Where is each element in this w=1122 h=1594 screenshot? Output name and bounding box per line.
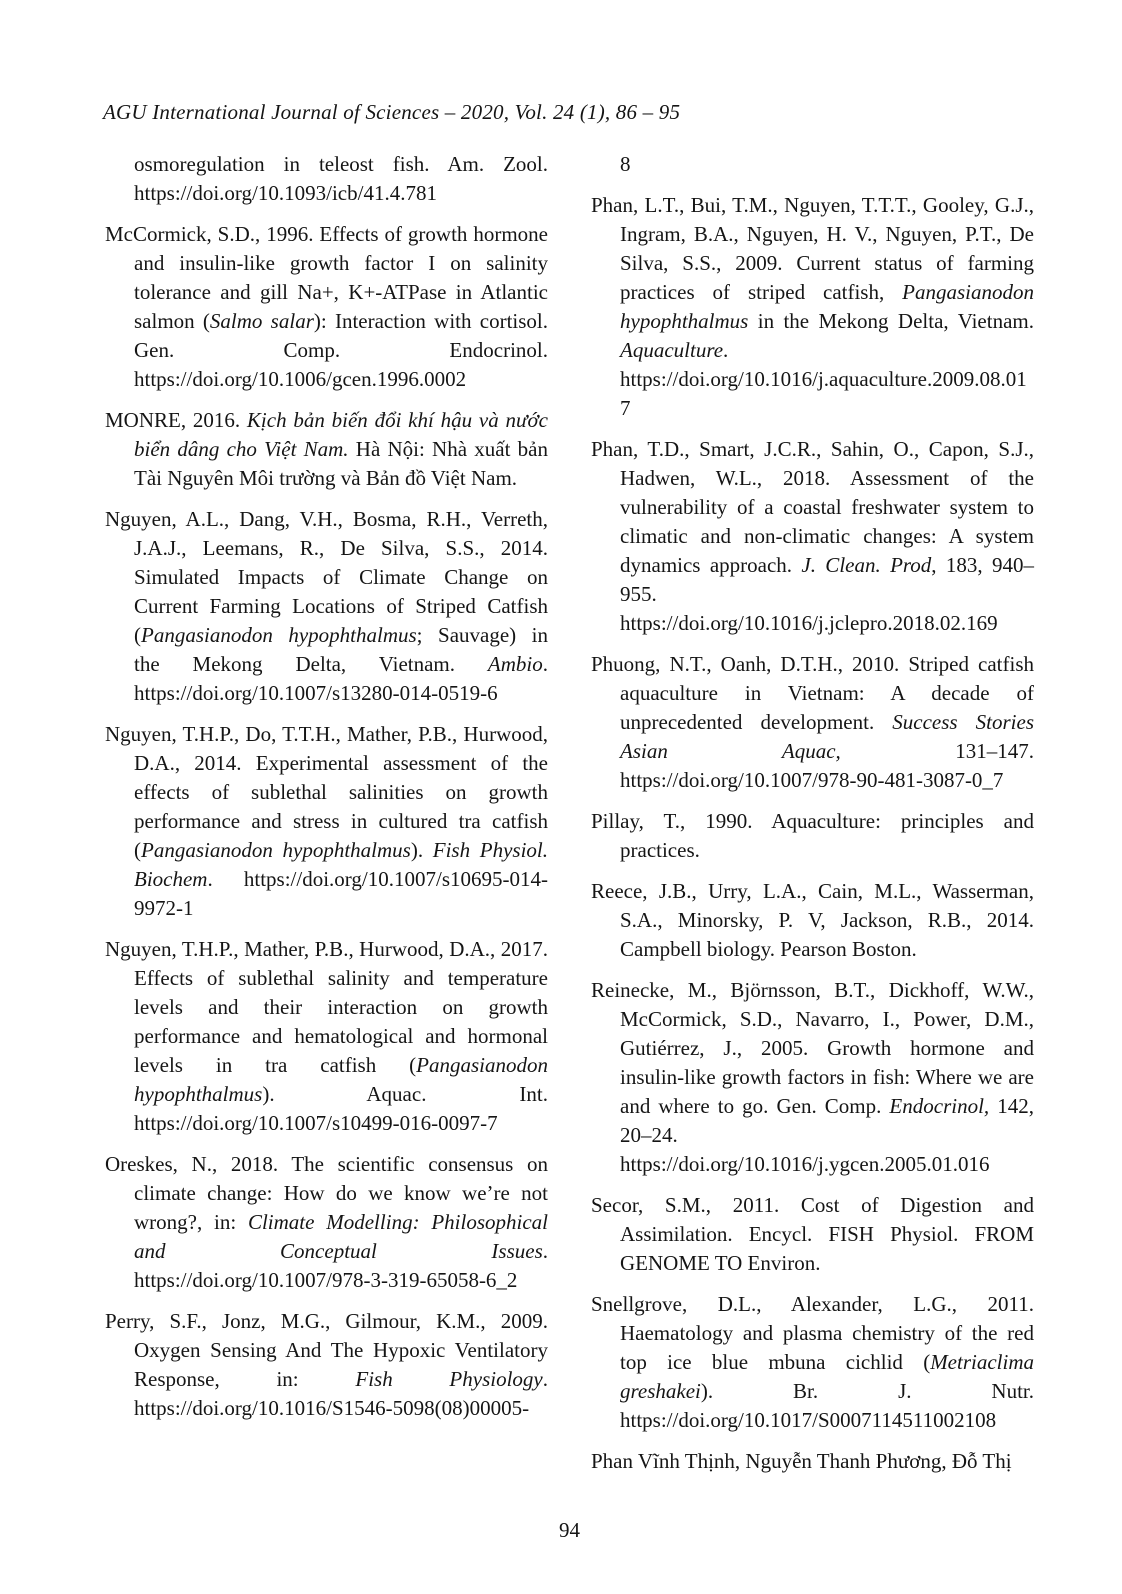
italic-text-segment: J. Clean. Prod	[801, 553, 931, 577]
reference-entry: Nguyen, A.L., Dang, V.H., Bosma, R.H., V…	[105, 505, 548, 708]
italic-text-segment: Endocrinol,	[889, 1094, 989, 1118]
reference-entry: Phan Vĩnh Thịnh, Nguyễn Thanh Phương, Đỗ…	[591, 1447, 1034, 1476]
references-left-column: osmoregulation in teleost fish. Am. Zool…	[105, 150, 548, 1488]
text-segment: Reece, J.B., Urry, L.A., Cain, M.L., Was…	[591, 879, 1034, 961]
reference-entry: McCormick, S.D., 1996. Effects of growth…	[105, 220, 548, 394]
italic-text-segment: Pangasianodon hypophthalmus	[141, 838, 411, 862]
page-number: 94	[105, 1518, 1034, 1543]
reference-entry: Reece, J.B., Urry, L.A., Cain, M.L., Was…	[591, 877, 1034, 964]
text-segment: osmoregulation in teleost fish. Am. Zool…	[134, 152, 548, 205]
text-segment: Secor, S.M., 2011. Cost of Digestion and…	[591, 1193, 1034, 1275]
reference-entry: Reinecke, M., Björnsson, B.T., Dickhoff,…	[591, 976, 1034, 1179]
reference-entry: Phan, L.T., Bui, T.M., Nguyen, T.T.T., G…	[591, 191, 1034, 423]
italic-text-segment: Aquaculture	[620, 338, 723, 362]
reference-entry: Phan, T.D., Smart, J.C.R., Sahin, O., Ca…	[591, 435, 1034, 638]
reference-entry: Nguyen, T.H.P., Mather, P.B., Hurwood, D…	[105, 935, 548, 1138]
references-right-column: 8Phan, L.T., Bui, T.M., Nguyen, T.T.T., …	[591, 150, 1034, 1488]
reference-entry: MONRE, 2016. Kịch bản biến đổi khí hậu v…	[105, 406, 548, 493]
italic-text-segment: Pangasianodon hypophthalmus	[141, 623, 417, 647]
text-segment: ).	[411, 838, 433, 862]
text-segment: Pillay, T., 1990. Aquaculture: principle…	[591, 809, 1034, 862]
reference-entry: Snellgrove, D.L., Alexander, L.G., 2011.…	[591, 1290, 1034, 1435]
reference-entry: Perry, S.F., Jonz, M.G., Gilmour, K.M., …	[105, 1307, 548, 1423]
reference-entry: Pillay, T., 1990. Aquaculture: principle…	[591, 807, 1034, 865]
text-segment: 8	[620, 152, 631, 176]
reference-entry: Phuong, N.T., Oanh, D.T.H., 2010. Stripe…	[591, 650, 1034, 795]
reference-entry: Secor, S.M., 2011. Cost of Digestion and…	[591, 1191, 1034, 1278]
reference-entry: Nguyen, T.H.P., Do, T.T.H., Mather, P.B.…	[105, 720, 548, 923]
references-section: osmoregulation in teleost fish. Am. Zool…	[105, 150, 1034, 1488]
italic-text-segment: Ambio	[488, 652, 543, 676]
text-segment: MONRE, 2016.	[105, 408, 247, 432]
italic-text-segment: Salmo salar	[210, 309, 314, 333]
text-segment: in the Mekong Delta, Vietnam.	[748, 309, 1034, 333]
reference-entry: 8	[591, 150, 1034, 179]
reference-entry: Oreskes, N., 2018. The scientific consen…	[105, 1150, 548, 1295]
reference-entry: osmoregulation in teleost fish. Am. Zool…	[105, 150, 548, 208]
text-segment: Phan Vĩnh Thịnh, Nguyễn Thanh Phương, Đỗ…	[591, 1449, 1012, 1473]
italic-text-segment: Fish Physiology	[355, 1367, 542, 1391]
journal-header: AGU International Journal of Sciences – …	[103, 100, 1033, 125]
